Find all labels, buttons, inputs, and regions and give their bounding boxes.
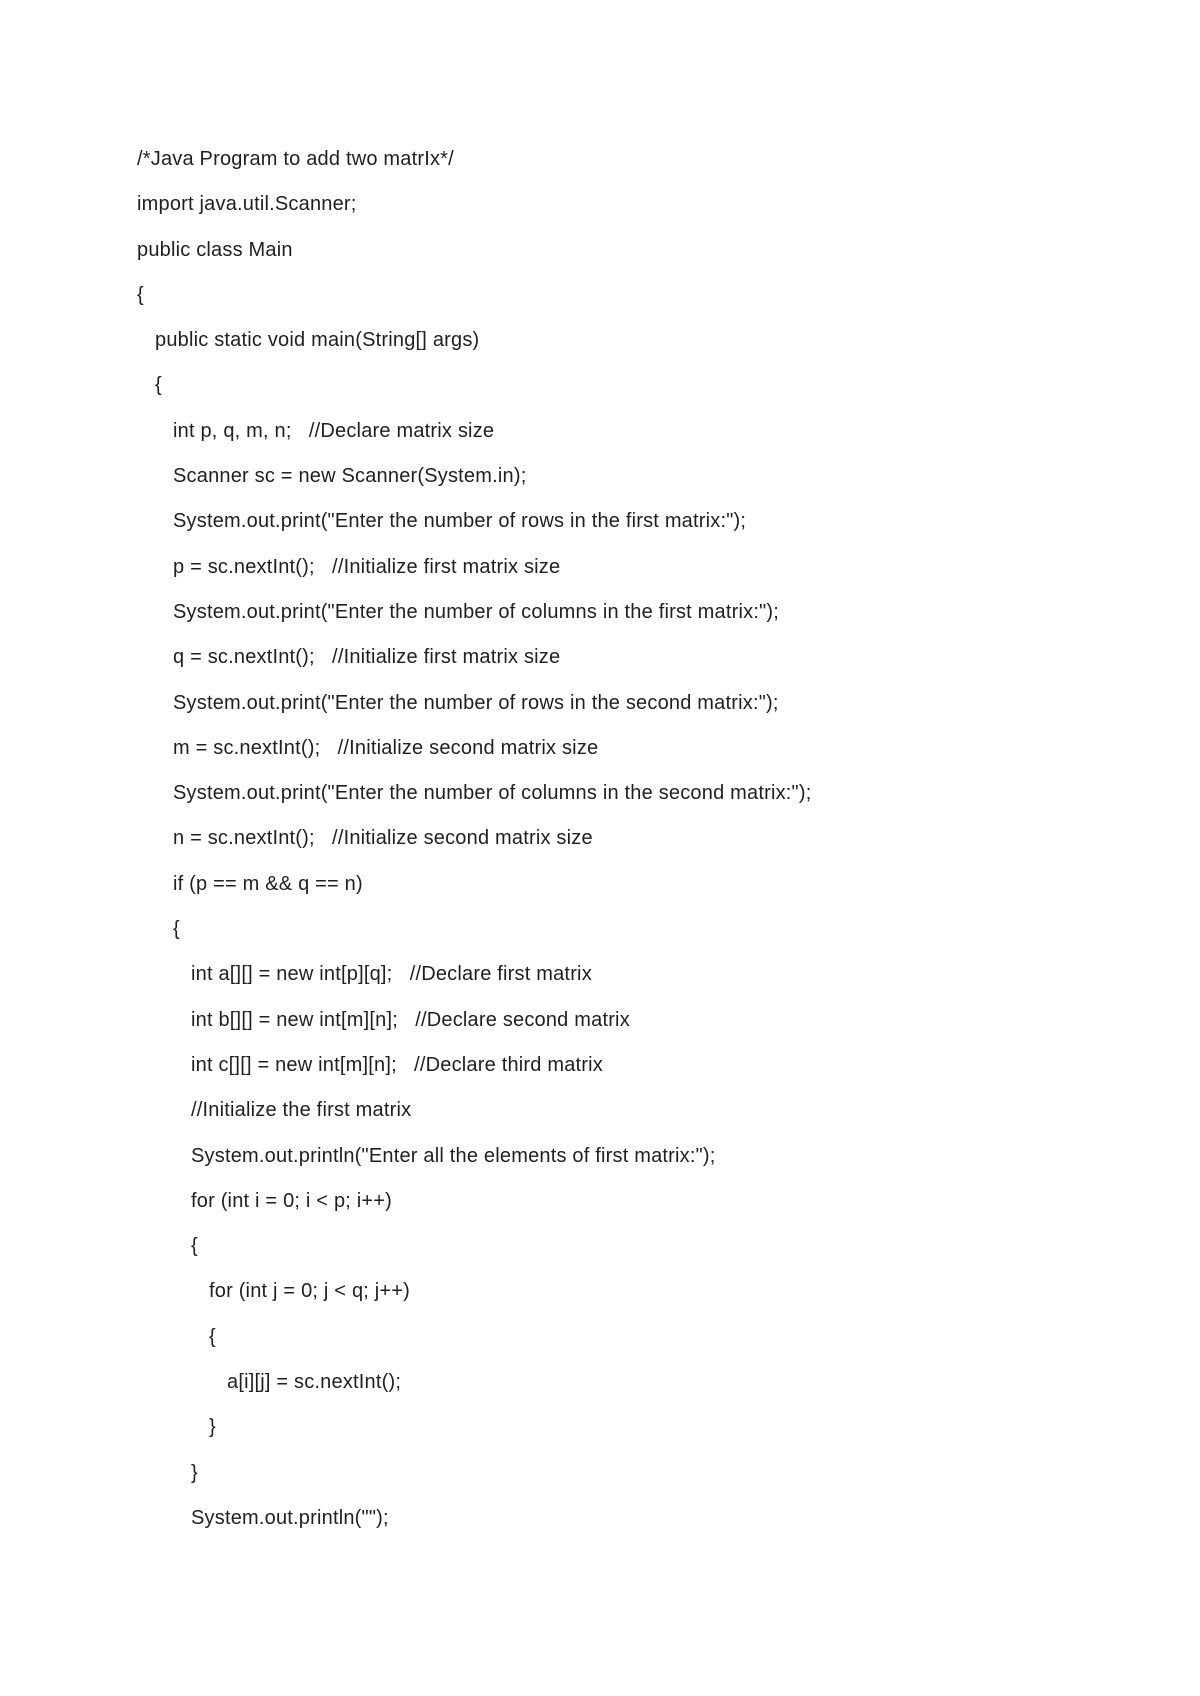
code-line: int p, q, m, n; //Declare matrix size — [137, 409, 811, 454]
code-line: System.out.print("Enter the number of ro… — [137, 681, 811, 726]
code-line: public class Main — [137, 228, 811, 273]
java-code-block: /*Java Program to add two matrIx*/import… — [137, 137, 811, 1541]
code-line: public static void main(String[] args) — [137, 318, 811, 363]
code-line: { — [137, 1224, 811, 1269]
code-line: for (int j = 0; j < q; j++) — [137, 1269, 811, 1314]
code-line: } — [137, 1451, 811, 1496]
code-line: m = sc.nextInt(); //Initialize second ma… — [137, 726, 811, 771]
code-line: Scanner sc = new Scanner(System.in); — [137, 454, 811, 499]
code-line: p = sc.nextInt(); //Initialize first mat… — [137, 545, 811, 590]
code-line: import java.util.Scanner; — [137, 182, 811, 227]
code-line: int b[][] = new int[m][n]; //Declare sec… — [137, 998, 811, 1043]
code-line: { — [137, 363, 811, 408]
document-page: /*Java Program to add two matrIx*/import… — [0, 0, 1200, 1696]
code-line: n = sc.nextInt(); //Initialize second ma… — [137, 816, 811, 861]
code-line: } — [137, 1405, 811, 1450]
code-line: //Initialize the first matrix — [137, 1088, 811, 1133]
code-line: System.out.print("Enter the number of co… — [137, 771, 811, 816]
code-line: System.out.print("Enter the number of ro… — [137, 499, 811, 544]
code-line: System.out.println(""); — [137, 1496, 811, 1541]
code-line: System.out.print("Enter the number of co… — [137, 590, 811, 635]
code-line: { — [137, 1315, 811, 1360]
code-line: { — [137, 907, 811, 952]
code-line: q = sc.nextInt(); //Initialize first mat… — [137, 635, 811, 680]
code-line: int c[][] = new int[m][n]; //Declare thi… — [137, 1043, 811, 1088]
code-line: { — [137, 273, 811, 318]
code-line: /*Java Program to add two matrIx*/ — [137, 137, 811, 182]
code-line: for (int i = 0; i < p; i++) — [137, 1179, 811, 1224]
code-line: System.out.println("Enter all the elemen… — [137, 1134, 811, 1179]
code-line: a[i][j] = sc.nextInt(); — [137, 1360, 811, 1405]
code-line: int a[][] = new int[p][q]; //Declare fir… — [137, 952, 811, 997]
code-line: if (p == m && q == n) — [137, 862, 811, 907]
